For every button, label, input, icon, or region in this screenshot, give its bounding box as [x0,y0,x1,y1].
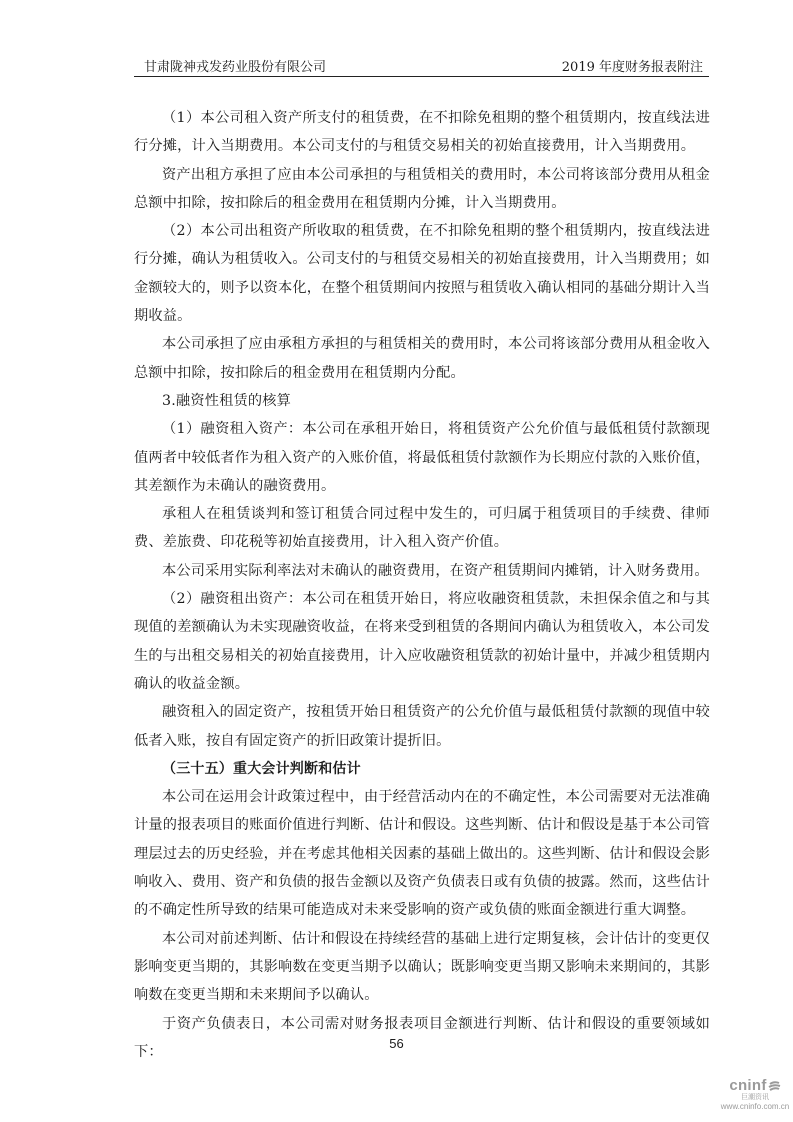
page-header: 甘肃陇神戎发药业股份有限公司 2019 年度财务报表附注 [134,54,709,77]
paragraph: 本公司承担了应由承租方承担的与租赁相关的费用时，本公司将该部分费用从租金收入总额… [134,330,710,387]
paragraph: （1）本公司租入资产所支付的租赁费，在不扣除免租期的整个租赁期内，按直线法进行分… [134,104,710,161]
paragraph: 资产出租方承担了应由本公司承担的与租赁相关的费用时，本公司将该部分费用从租金总额… [134,161,710,218]
paragraph: 本公司采用实际利率法对未确认的融资费用，在资产租赁期间内摊销，计入财务费用。 [134,557,710,585]
company-name: 甘肃陇神戎发药业股份有限公司 [144,56,326,75]
watermark-brand: cninf [718,1078,792,1093]
paragraph: 承租人在租赁谈判和签订租赁合同过程中发生的，可归属于租赁项目的手续费、律师费、差… [134,500,710,557]
page-number: 56 [0,1036,793,1051]
section-heading: （三十五）重大会计判断和估计 [134,755,710,783]
paragraph: 本公司对前述判断、估计和假设在持续经营的基础上进行定期复核，会计估计的变更仅影响… [134,925,710,1010]
cninfo-watermark: cninf 巨潮资讯 www.cninfo.com.cn [718,1078,792,1112]
cninfo-logo-icon [768,1080,781,1091]
paragraph: （1）融资租入资产：本公司在承租开始日，将租赁资产公允价值与最低租赁付款额现值两… [134,415,710,500]
watermark-brand-cn: 巨潮资讯 [718,1093,792,1102]
report-title: 2019 年度财务报表附注 [562,56,703,75]
subsection-title: 3.融资性租赁的核算 [134,387,710,415]
watermark-brand-text: cninf [729,1078,766,1093]
document-body: （1）本公司租入资产所支付的租赁费，在不扣除免租期的整个租赁期内，按直线法进行分… [134,104,710,1066]
paragraph: 本公司在运用会计政策过程中，由于经营活动内在的不确定性，本公司需要对无法准确计量… [134,783,710,924]
paragraph: 融资租入的固定资产，按租赁开始日租赁资产的公允价值与最低租赁付款额的现值中较低者… [134,698,710,755]
paragraph: （2）本公司出租资产所收取的租赁费，在不扣除免租期的整个租赁期内，按直线法进行分… [134,217,710,330]
watermark-url: www.cninfo.com.cn [718,1102,792,1112]
paragraph: （2）融资租出资产：本公司在租赁开始日，将应收融资租赁款，未担保余值之和与其现值… [134,585,710,698]
